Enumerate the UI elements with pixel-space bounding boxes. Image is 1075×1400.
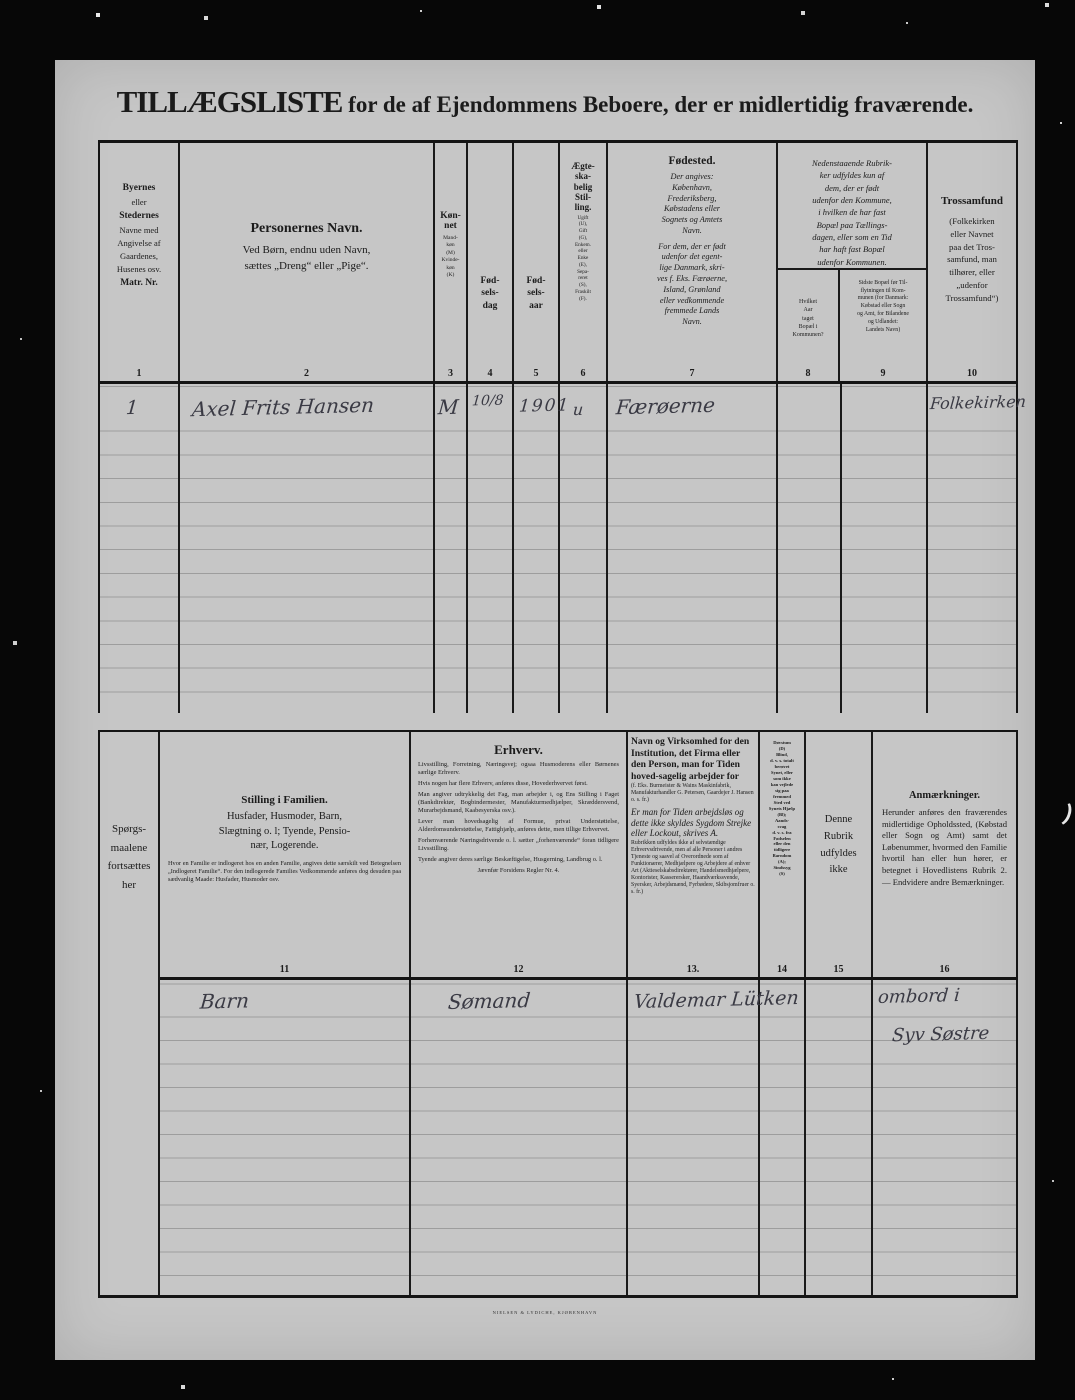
col-remarks-header: Anmærkninger. Herunder anføres den fravæ… xyxy=(873,732,1016,977)
col6-number: 6 xyxy=(560,367,606,381)
col8-number: 8 xyxy=(778,367,838,381)
entry-remark-line1: ombord i xyxy=(877,985,961,1008)
col6-sub: Ugift (U), Gift (G), Enkem. eller Enke (… xyxy=(560,213,606,303)
entry-faith: Folkekirken xyxy=(929,392,1027,413)
col13-para1-note: (f. Eks. Burmeister & Wains Maskinfabrik… xyxy=(628,782,758,804)
col1-matr-nr: Matr. Nr. xyxy=(120,278,158,288)
col11-sub: Husfader, Husmoder, Barn, Slægtning o. l… xyxy=(160,806,409,854)
col15-text: Denne Rubrik udfyldes ikke xyxy=(806,732,871,879)
scanned-census-page: TILLÆGSLISTE for de af Ejendommens Beboe… xyxy=(0,0,1075,1400)
col12-para1: Livsstilling, Forretning, Næringsvej; og… xyxy=(411,758,626,777)
col-place-header: Byernes eller Stedernes Navne med Angive… xyxy=(100,143,180,381)
entry-number: 1 xyxy=(125,397,139,419)
entry-birthyear: 1901 xyxy=(518,395,571,416)
col12-para4: Lever man hovedsagelig af Formue, privat… xyxy=(411,815,626,834)
col7-para1: Der angives: København, Frederiksberg, K… xyxy=(608,167,776,237)
form-paper: TILLÆGSLISTE for de af Ejendommens Beboe… xyxy=(55,60,1035,1360)
col12-para6: Tyende angiver deres særlige Beskæftigel… xyxy=(411,853,626,864)
col4-title: Fød- sels- dag xyxy=(468,143,512,312)
entry-employer: Valdemar Lütken xyxy=(633,987,799,1013)
lower-table-rows: Barn Sømand Valdemar Lütken ombord i Syv… xyxy=(160,980,1016,1295)
col11-title: Stilling i Familien. xyxy=(160,732,409,806)
lower-table: Spørgs- maalene fortsættes her Stilling … xyxy=(98,730,1018,1298)
col16-title: Anmærkninger. xyxy=(873,732,1016,801)
col1-stedernes: Stedernes xyxy=(119,211,159,221)
col12-number: 12 xyxy=(411,963,626,977)
entry-marital: u xyxy=(572,400,584,419)
col9-subheader: Sidste Bopæl før Til- flytningen til Kom… xyxy=(840,270,926,381)
col1-number: 1 xyxy=(100,367,178,381)
col-birthyear-header: Fød- sels- aar 5 xyxy=(514,143,560,381)
col-name-header: Personernes Navn. Ved Børn, endnu uden N… xyxy=(180,143,435,381)
col16-body: Herunder anføres den fraværendes midlert… xyxy=(873,801,1016,888)
col3-sub: Mand- køn (M) Kvinde- køn (K) xyxy=(435,232,466,280)
entry-occupation: Sømand xyxy=(447,988,531,1014)
col13-para2: Er man for Tiden arbejdsløs og dette ikk… xyxy=(628,804,758,839)
col7-title: Fødested. xyxy=(608,143,776,167)
col5-number: 5 xyxy=(514,367,558,381)
col9-number: 9 xyxy=(840,367,926,381)
scan-dust-specks xyxy=(0,0,2,2)
col12-para3: Man angiver udtrykkelig det Fag, man arb… xyxy=(411,788,626,815)
col-occupation-header: Erhverv. Livsstilling, Forretning, Nærin… xyxy=(411,732,628,977)
handwritten-hook-mark xyxy=(1046,795,1075,828)
col16-number: 16 xyxy=(873,963,1016,977)
page-title-bold: midlertidig fraværende. xyxy=(739,92,974,117)
entry-birthplace: Færøerne xyxy=(615,393,716,419)
col-unused-header: Denne Rubrik udfyldes ikke 15 xyxy=(806,732,873,977)
col1-byernes: Byernes xyxy=(123,183,156,193)
page-title-main: TILLÆGSLISTE xyxy=(117,84,343,119)
entry-remark-line2: Syv Søstre xyxy=(891,1023,990,1046)
col13-para3: Rubrikken udfyldes ikke af selvstændige … xyxy=(628,839,758,896)
col13-para1: Navn og Virksomhed for den Institution, … xyxy=(628,732,758,782)
col6-title: Ægte- ska- belig Stil- ling. xyxy=(560,143,606,213)
col-marital-header: Ægte- ska- belig Stil- ling. Ugift (U), … xyxy=(560,143,608,381)
col10-sub: (Folkekirken eller Navnet paa det Tros- … xyxy=(928,207,1016,304)
col3-title: Køn- net xyxy=(435,143,466,232)
col3-number: 3 xyxy=(435,367,466,381)
upper-table-gridlines xyxy=(100,384,1016,713)
entry-name: Axel Frits Hansen xyxy=(191,393,375,422)
upper-table-header: Byernes eller Stedernes Navne med Angive… xyxy=(100,143,1016,384)
col14-number: 14 xyxy=(760,963,804,977)
col89-subheaders: Hvilket Aar taget Bopæl i Kommunen? 8 Si… xyxy=(778,268,926,381)
col1-desc: Navne med Angivelse af Gaardenes, Husene… xyxy=(100,224,178,277)
entry-sex: M xyxy=(437,395,459,420)
lower-table-main: Stilling i Familien. Husfader, Husmoder,… xyxy=(160,732,1016,1295)
col89-group-text: Nedenstaaende Rubrik- ker udfyldes kun a… xyxy=(778,143,926,268)
col4-number: 4 xyxy=(468,367,512,381)
col-sex-header: Køn- net Mand- køn (M) Kvinde- køn (K) 3 xyxy=(435,143,468,381)
col11-note: Hvor en Familie er indlogeret hos en and… xyxy=(160,854,409,885)
col-residence-group-header: Nedenstaaende Rubrik- ker udfyldes kun a… xyxy=(778,143,928,381)
entry-family-position: Barn xyxy=(199,988,250,1013)
col7-number: 7 xyxy=(608,367,776,381)
col-birthday-header: Fød- sels- dag 4 xyxy=(468,143,514,381)
col10-number: 10 xyxy=(928,367,1016,381)
printer-imprint: NIELSEN & LYDICHE, KJØBENHAVN xyxy=(55,1310,1035,1315)
col9-text: Sidste Bopæl før Til- flytningen til Kom… xyxy=(840,270,926,335)
entry-birthday: 10/8 xyxy=(471,393,504,410)
col12-para5: Forhenværende Næringsdrivende o. l. sætt… xyxy=(411,834,626,853)
col2-sub: Ved Børn, endnu uden Navn, sættes „Dreng… xyxy=(180,237,433,275)
col-disability-header: Døvstum (D) Blind, d. v. s. totalt berøv… xyxy=(760,732,806,977)
col10-title: Trossamfund xyxy=(928,143,1016,207)
col12-para2: Hvis nogen har flere Erhverv, anføres di… xyxy=(411,777,626,788)
col2-title: Personernes Navn. xyxy=(180,143,433,237)
col-family-position-header: Stilling i Familien. Husfader, Husmoder,… xyxy=(160,732,411,977)
col13-number: 13. xyxy=(628,963,758,977)
lower-table-gridlines xyxy=(160,980,1016,1295)
lower-table-header: Stilling i Familien. Husfader, Husmoder,… xyxy=(160,732,1016,980)
continuation-label: Spørgs- maalene fortsættes her xyxy=(100,732,160,1295)
page-title: TILLÆGSLISTE for de af Ejendommens Beboe… xyxy=(55,84,1035,120)
col5-title: Fød- sels- aar xyxy=(514,143,558,312)
col-faith-header: Trossamfund (Folkekirken eller Navnet pa… xyxy=(928,143,1016,381)
col11-number: 11 xyxy=(160,963,409,977)
col2-number: 2 xyxy=(180,367,433,381)
col7-para2: For dem, der er født udenfor det egent- … xyxy=(608,237,776,328)
col14-text: Døvstum (D) Blind, d. v. s. totalt berøv… xyxy=(760,732,804,877)
col12-title: Erhverv. xyxy=(411,732,626,758)
col1-eller: eller xyxy=(100,196,178,209)
col-employer-header: Navn og Virksomhed for den Institution, … xyxy=(628,732,760,977)
page-title-mid: for de af Ejendommens Beboere, der er xyxy=(342,92,738,117)
upper-table: Byernes eller Stedernes Navne med Angive… xyxy=(98,140,1018,713)
col-birthplace-header: Fødested. Der angives: København, Freder… xyxy=(608,143,778,381)
upper-table-rows: 1 Axel Frits Hansen M 10/8 1901 u Færøer… xyxy=(100,384,1016,713)
col8-subheader: Hvilket Aar taget Bopæl i Kommunen? 8 xyxy=(778,270,840,381)
col12-para7: Jævnfør Forsidens Regler Nr. 4. xyxy=(411,864,626,875)
col15-number: 15 xyxy=(806,963,871,977)
col8-text: Hvilket Aar taget Bopæl i Kommunen? xyxy=(778,270,838,340)
